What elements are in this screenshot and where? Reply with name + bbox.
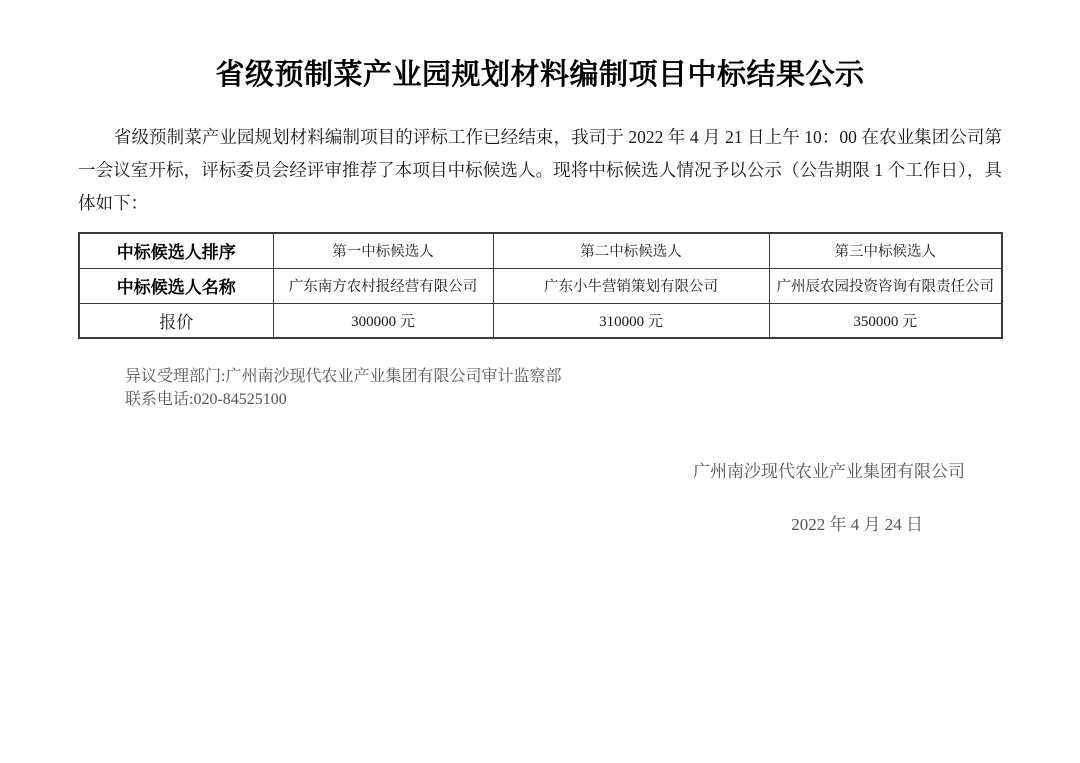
table-row-rank: 中标候选人排序 第一中标候选人 第二中标候选人 第三中标候选人 [79, 233, 1002, 268]
contact-block: 异议受理部门:广州南沙现代农业产业集团有限公司审计监察部 联系电话:020-84… [125, 365, 1080, 411]
cell-price-third: 350000 元 [769, 303, 1002, 338]
cell-price-second: 310000 元 [493, 303, 769, 338]
cell-rank-third: 第三中标候选人 [769, 233, 1002, 268]
table-row-price: 报价 300000 元 310000 元 350000 元 [79, 303, 1002, 338]
cell-name-first: 广东南方农村报经营有限公司 [273, 268, 493, 303]
bid-result-table: 中标候选人排序 第一中标候选人 第二中标候选人 第三中标候选人 中标候选人名称 … [78, 232, 1003, 339]
table-row-name: 中标候选人名称 广东南方农村报经营有限公司 广东小牛营销策划有限公司 广州辰农园… [79, 268, 1002, 303]
cell-name-second: 广东小牛营销策划有限公司 [493, 268, 769, 303]
document-page: 省级预制菜产业园规划材料编制项目中标结果公示 省级预制菜产业园规划材料编制项目的… [0, 0, 1080, 763]
row-header-name: 中标候选人名称 [79, 268, 273, 303]
cell-rank-first: 第一中标候选人 [273, 233, 493, 268]
signature-date: 2022 年 4 月 24 日 [0, 510, 1080, 535]
row-header-price: 报价 [79, 303, 273, 338]
contact-phone-line: 联系电话:020-84525100 [125, 388, 1080, 411]
signature-company: 广州南沙现代农业产业集团有限公司 [0, 457, 1080, 482]
row-header-rank: 中标候选人排序 [79, 233, 273, 268]
body-paragraph: 省级预制菜产业园规划材料编制项目的评标工作已经结束，我司于 2022 年 4 月… [78, 121, 1002, 220]
cell-rank-second: 第二中标候选人 [493, 233, 769, 268]
cell-price-first: 300000 元 [273, 303, 493, 338]
dispute-department-line: 异议受理部门:广州南沙现代农业产业集团有限公司审计监察部 [125, 365, 1080, 388]
page-title: 省级预制菜产业园规划材料编制项目中标结果公示 [0, 0, 1080, 95]
cell-name-third: 广州辰农园投资咨询有限责任公司 [769, 268, 1002, 303]
